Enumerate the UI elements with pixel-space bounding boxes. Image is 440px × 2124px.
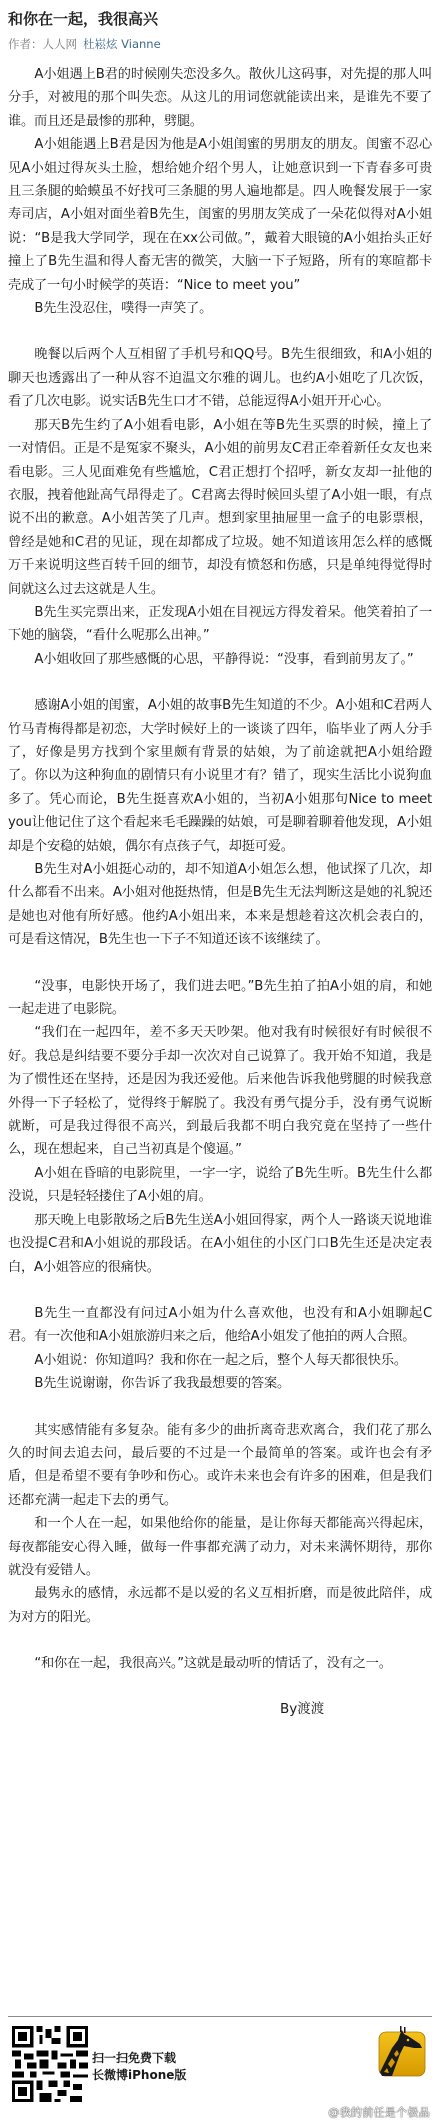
paragraph-gap [8, 320, 432, 343]
promo-line-1: 扫一扫免费下载 [92, 2050, 186, 2067]
paragraph: 那天晚上电影散场之后B先生送A小姐回得家，两个人一路谈天说地谁也没提C君和A小姐… [8, 1209, 432, 1279]
download-promo[interactable]: 扫一扫免费下载 长微博iPhone版 [92, 2050, 186, 2084]
paragraph: B先生对A小姐挺心动的，却不知道A小姐怎么想，他试探了几次，却什么都看不出来。A… [8, 858, 432, 952]
giraffe-app-icon [378, 2026, 426, 2078]
byline-source: 作者：人人网 [8, 37, 77, 51]
paragraph: 和一个人在一起，如果他给你的能量，是让你每天都能高兴得起床，每夜都能安心得入睡，… [8, 1512, 432, 1582]
paragraph: B先生一直都没有问过A小姐为什么喜欢他，也没有和A小姐聊起C君。有一次他和A小姐… [8, 1302, 432, 1349]
paragraph: B先生买完票出来，正发现A小姐在目视远方得发着呆。他笑着拍了一下她的脑袋，“看什… [8, 601, 432, 648]
paragraph: B先生说谢谢，你告诉了我我最想要的答案。 [8, 1372, 432, 1395]
paragraph: 最隽永的感情，永远都不是以爱的名义互相折磨，而是彼此陪伴，成为对方的阳光。 [8, 1582, 432, 1629]
paragraph-gap [8, 1396, 432, 1419]
paragraph: “我们在一起四年，差不多天天吵架。他对我有时候很好有时候很不好。我总是纠结要不要… [8, 1021, 432, 1161]
watermark: @我的前任是个极品 [328, 2104, 430, 2120]
paragraph-gap [8, 952, 432, 975]
divider [8, 2016, 432, 2017]
paragraph: A小姐遇上B君的时候刚失恋没多久。散伙儿这码事，对先提的那人叫分手，对被甩的那个… [8, 63, 432, 133]
paragraph: A小姐收回了那些感慨的心思，平静得说：“没事，看到前男友了。” [8, 648, 432, 671]
paragraph: 晚餐以后两个人互相留了手机号和QQ号。B先生很细致，和A小姐的聊天也透露出了一种… [8, 343, 432, 413]
paragraph: A小姐能遇上B君是因为他是A小姐闺蜜的男朋友的朋友。闺蜜不忍心见A小姐过得灰头土… [8, 133, 432, 297]
paragraph-gap [8, 1629, 432, 1652]
author-link[interactable]: 杜崧炫 Vianne [83, 37, 161, 51]
byline: 作者：人人网杜崧炫 Vianne [8, 35, 432, 53]
signature: By渡渡 [8, 1698, 432, 1720]
paragraph: B先生没忍住，噗得一声笑了。 [8, 297, 432, 320]
paragraph: 其实感情能有多复杂。能有多少的曲折离奇悲欢离合，我们花了那么久的时间去追去问，最… [8, 1419, 432, 1513]
paragraph: A小姐在昏暗的电影院里，一字一字，说给了B先生听。B先生什么都没说，只是轻轻搂住… [8, 1162, 432, 1209]
article-body: A小姐遇上B君的时候刚失恋没多久。散伙儿这码事，对先提的那人叫分手，对被甩的那个… [8, 63, 432, 1676]
paragraph: 那天B先生约了A小姐看电影，A小姐在等B先生买票的时候，撞上了一对情侣。正是不是… [8, 414, 432, 601]
paragraph-gap [8, 671, 432, 694]
promo-line-2: 长微博iPhone版 [92, 2067, 186, 2084]
paragraph-gap [8, 1279, 432, 1302]
footer: 扫一扫免费下载 长微博iPhone版 @我的前任是个极品 [8, 2016, 432, 2124]
paragraph: “没事，电影快开场了，我们进去吧。”B先生拍了拍A小姐的肩，和她一起走进了电影院… [8, 975, 432, 1022]
paragraph: 感谢A小姐的闺蜜，A小姐的故事B先生知道的不少。A小姐和C君两人竹马青梅得都是初… [8, 694, 432, 858]
article-title: 和你在一起，我很高兴 [8, 8, 432, 30]
paragraph: A小姐说：你知道吗？我和你在一起之后，整个人每天都很快乐。 [8, 1349, 432, 1372]
page: 和你在一起，我很高兴 作者：人人网杜崧炫 Vianne A小姐遇上B君的时候刚失… [0, 0, 440, 1720]
paragraph: “和你在一起，我很高兴。”这就是最动听的情话了，没有之一。 [8, 1652, 432, 1675]
qr-code-icon [12, 2026, 88, 2102]
